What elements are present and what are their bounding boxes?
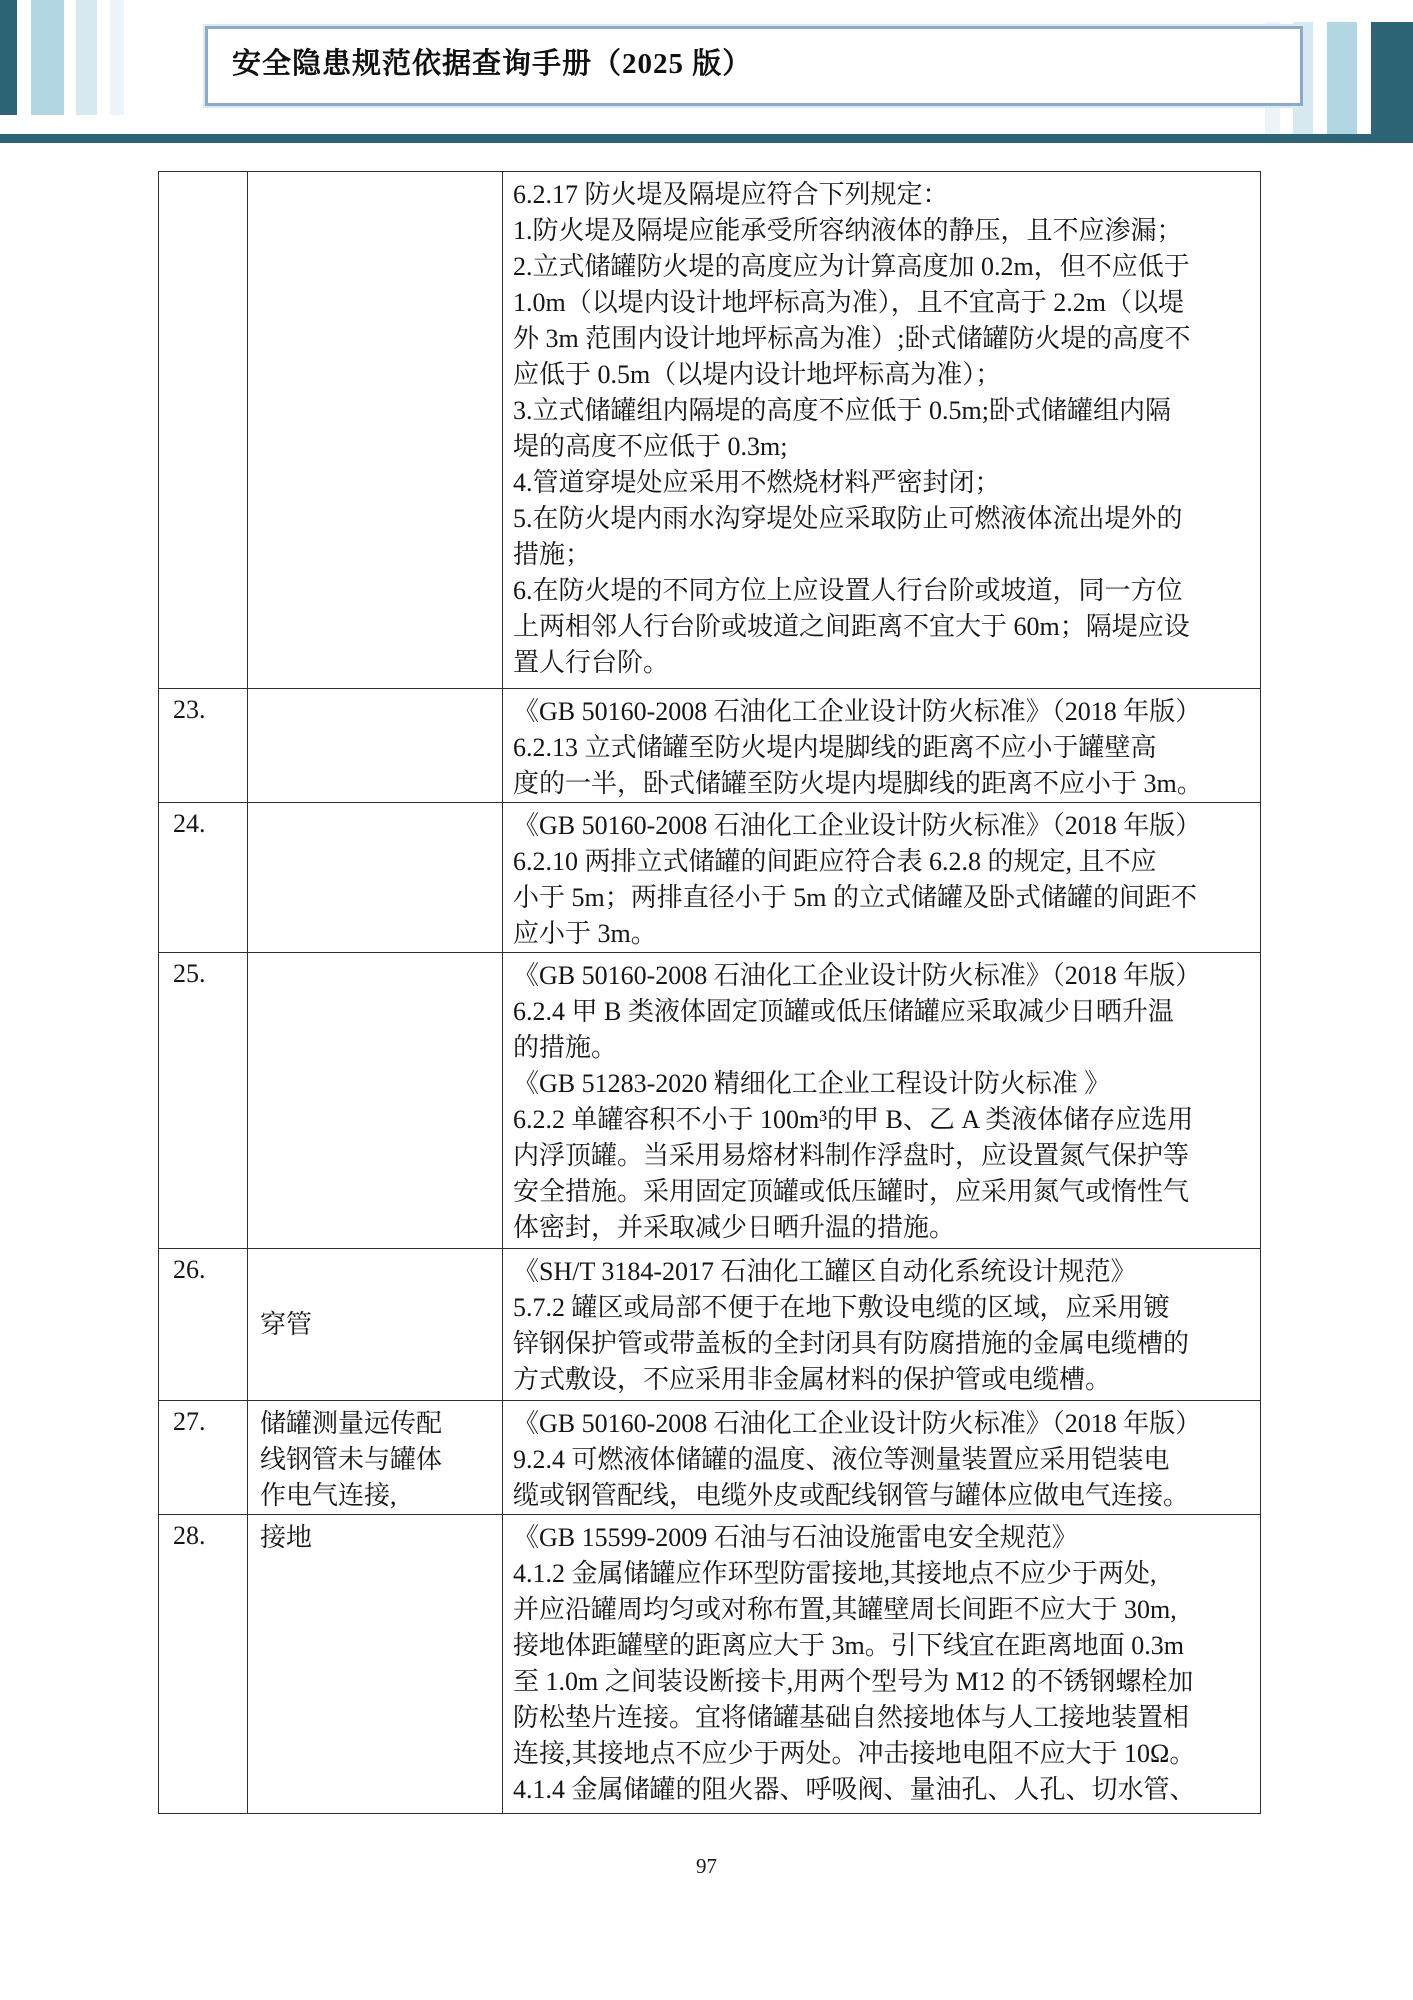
regulation-line: 1.防火堤及隔堤应能承受所容纳液体的静压，且不应渗漏； — [513, 213, 1254, 249]
table-row: 28.接地《GB 15599-2009 石油与石油设施雷电安全规范》4.1.2 … — [159, 1515, 1261, 1814]
regulation-line: 防松垫片连接。宜将储罐基础自然接地体与人工接地装置相 — [513, 1700, 1254, 1736]
row-category — [248, 953, 503, 1249]
decor-stripe-left-dark — [0, 0, 17, 115]
row-regulation-text: 6.2.17 防火堤及隔堤应符合下列规定：1.防火堤及隔堤应能承受所容纳液体的静… — [503, 172, 1261, 689]
regulation-line: 《GB 50160-2008 石油化工企业设计防火标准》（2018 年版） — [513, 958, 1254, 994]
regulation-line: 内浮顶罐。当采用易熔材料制作浮盘时，应设置氮气保护等 — [513, 1138, 1254, 1174]
regulation-line: 外 3m 范围内设计地坪标高为准）;卧式储罐防火堤的高度不 — [513, 321, 1254, 357]
row-number — [159, 172, 248, 689]
regulation-line: 小于 5m；两排直径小于 5m 的立式储罐及卧式储罐的间距不 — [513, 880, 1254, 916]
category-line: 线钢管未与罐体 — [260, 1442, 496, 1478]
decor-stripe-right-light — [1327, 22, 1357, 134]
regulation-line: 6.2.13 立式储罐至防火堤内堤脚线的距离不应小于罐壁高 — [513, 730, 1254, 766]
category-line: 接地 — [260, 1520, 496, 1556]
regulation-line: 应低于 0.5m（以堤内设计地坪标高为准）； — [513, 357, 1254, 393]
regulation-line: 接地体距罐壁的距离应大于 3m。引下线宜在距离地面 0.3m — [513, 1628, 1254, 1664]
regulation-line: 至 1.0m 之间装设断接卡,用两个型号为 M12 的不锈钢螺栓加 — [513, 1664, 1254, 1700]
row-number: 23. — [159, 689, 248, 803]
decor-stripe-left-light — [31, 0, 64, 115]
regulation-line: 4.1.4 金属储罐的阻火器、呼吸阀、量油孔、人孔、切水管、 — [513, 1772, 1254, 1808]
regulation-line: 1.0m（以堤内设计地坪标高为准），且不宜高于 2.2m（以堤 — [513, 285, 1254, 321]
row-regulation-text: 《GB 15599-2009 石油与石油设施雷电安全规范》4.1.2 金属储罐应… — [503, 1515, 1261, 1814]
title-box: 安全隐患规范依据查询手册（2025 版） — [205, 26, 1303, 106]
row-number: 26. — [159, 1249, 248, 1401]
row-number: 24. — [159, 803, 248, 953]
regulation-line: 5.7.2 罐区或局部不便于在地下敷设电缆的区域，应采用镀 — [513, 1290, 1254, 1326]
regulation-line: 《SH/T 3184-2017 石油化工罐区自动化系统设计规范》 — [513, 1254, 1254, 1290]
regulation-table: 6.2.17 防火堤及隔堤应符合下列规定：1.防火堤及隔堤应能承受所容纳液体的静… — [158, 171, 1261, 1814]
regulation-line: 4.管道穿堤处应采用不燃烧材料严密封闭； — [513, 465, 1254, 501]
regulation-line: 《GB 50160-2008 石油化工企业设计防火标准》（2018 年版） — [513, 808, 1254, 844]
row-regulation-text: 《GB 50160-2008 石油化工企业设计防火标准》（2018 年版）6.2… — [503, 803, 1261, 953]
regulation-line: 9.2.4 可燃液体储罐的温度、液位等测量装置应采用铠装电 — [513, 1442, 1254, 1478]
regulation-line: 6.在防火堤的不同方位上应设置人行台阶或坡道，同一方位 — [513, 573, 1254, 609]
page-title: 安全隐患规范依据查询手册（2025 版） — [208, 29, 1300, 82]
category-line: 作电气连接, — [260, 1478, 496, 1514]
regulation-line: 锌钢保护管或带盖板的全封闭具有防腐措施的金属电缆槽的 — [513, 1326, 1254, 1362]
regulation-line: 《GB 51283-2020 精细化工企业工程设计防火标准 》 — [513, 1066, 1254, 1102]
regulation-line: 并应沿罐周均匀或对称布置,其罐壁周长间距不应大于 30m, — [513, 1592, 1254, 1628]
row-regulation-text: 《GB 50160-2008 石油化工企业设计防火标准》（2018 年版）6.2… — [503, 689, 1261, 803]
regulation-line: 6.2.10 两排立式储罐的间距应符合表 6.2.8 的规定, 且不应 — [513, 844, 1254, 880]
regulation-line: 4.1.2 金属储罐应作环型防雷接地,其接地点不应少于两处, — [513, 1556, 1254, 1592]
row-regulation-text: 《GB 50160-2008 石油化工企业设计防火标准》（2018 年版）6.2… — [503, 953, 1261, 1249]
row-category: 储罐测量远传配线钢管未与罐体作电气连接, — [248, 1401, 503, 1515]
table-row: 25.《GB 50160-2008 石油化工企业设计防火标准》（2018 年版）… — [159, 953, 1261, 1249]
row-number: 25. — [159, 953, 248, 1249]
regulation-line: 2.立式储罐防火堤的高度应为计算高度加 0.2m，但不应低于 — [513, 249, 1254, 285]
regulation-line: 6.2.4 甲 B 类液体固定顶罐或低压储罐应采取减少日晒升温 — [513, 994, 1254, 1030]
regulation-line: 《GB 15599-2009 石油与石油设施雷电安全规范》 — [513, 1520, 1254, 1556]
table-row: 23.《GB 50160-2008 石油化工企业设计防火标准》（2018 年版）… — [159, 689, 1261, 803]
decor-stripe-left-lighter — [76, 0, 97, 115]
regulation-line: 3.立式储罐组内隔堤的高度不应低于 0.5m;卧式储罐组内隔 — [513, 393, 1254, 429]
regulation-line: 6.2.2 单罐容积不小于 100m³的甲 B、乙 A 类液体储存应选用 — [513, 1102, 1254, 1138]
decor-stripe-left-faint — [110, 0, 124, 115]
row-number: 27. — [159, 1401, 248, 1515]
regulation-line: 的措施。 — [513, 1030, 1254, 1066]
decor-stripe-right-dark — [1371, 22, 1413, 143]
row-category — [248, 172, 503, 689]
regulation-line: 应小于 3m。 — [513, 916, 1254, 952]
document-page: { "header": { "title": "安全隐患规范依据查询手册（202… — [0, 0, 1413, 2000]
row-category: 穿管 — [248, 1249, 503, 1401]
regulation-line: 置人行台阶。 — [513, 645, 1254, 681]
header-divider-bar — [0, 134, 1413, 143]
page-number: 97 — [0, 1854, 1413, 1879]
category-line: 储罐测量远传配 — [260, 1406, 496, 1442]
regulation-line: 5.在防火堤内雨水沟穿堤处应采取防止可燃液体流出堤外的 — [513, 501, 1254, 537]
table-row: 6.2.17 防火堤及隔堤应符合下列规定：1.防火堤及隔堤应能承受所容纳液体的静… — [159, 172, 1261, 689]
row-regulation-text: 《GB 50160-2008 石油化工企业设计防火标准》（2018 年版）9.2… — [503, 1401, 1261, 1515]
row-category — [248, 689, 503, 803]
regulation-line: 措施； — [513, 537, 1254, 573]
row-number: 28. — [159, 1515, 248, 1814]
row-category — [248, 803, 503, 953]
regulation-line: 上两相邻人行台阶或坡道之间距离不宜大于 60m；隔堤应设 — [513, 609, 1254, 645]
table-row: 26.穿管《SH/T 3184-2017 石油化工罐区自动化系统设计规范》5.7… — [159, 1249, 1261, 1401]
regulation-line: 度的一半，卧式储罐至防火堤内堤脚线的距离不应小于 3m。 — [513, 766, 1254, 802]
regulation-line: 《GB 50160-2008 石油化工企业设计防火标准》（2018 年版） — [513, 1406, 1254, 1442]
regulation-line: 方式敷设，不应采用非金属材料的保护管或电缆槽。 — [513, 1362, 1254, 1398]
regulation-line: 安全措施。采用固定顶罐或低压罐时，应采用氮气或惰性气 — [513, 1174, 1254, 1210]
regulation-line: 体密封，并采取减少日晒升温的措施。 — [513, 1210, 1254, 1246]
table-row: 27.储罐测量远传配线钢管未与罐体作电气连接,《GB 50160-2008 石油… — [159, 1401, 1261, 1515]
row-regulation-text: 《SH/T 3184-2017 石油化工罐区自动化系统设计规范》5.7.2 罐区… — [503, 1249, 1261, 1401]
regulation-line: 《GB 50160-2008 石油化工企业设计防火标准》（2018 年版） — [513, 694, 1254, 730]
regulation-line: 连接,其接地点不应少于两处。冲击接地电阻不应大于 10Ω。 — [513, 1736, 1254, 1772]
category-line: 穿管 — [260, 1307, 496, 1343]
regulation-line: 堤的高度不应低于 0.3m; — [513, 429, 1254, 465]
regulation-line: 缆或钢管配线，电缆外皮或配线钢管与罐体应做电气连接。 — [513, 1478, 1254, 1514]
regulation-table-body: 6.2.17 防火堤及隔堤应符合下列规定：1.防火堤及隔堤应能承受所容纳液体的静… — [159, 172, 1261, 1814]
row-category: 接地 — [248, 1515, 503, 1814]
table-row: 24.《GB 50160-2008 石油化工企业设计防火标准》（2018 年版）… — [159, 803, 1261, 953]
regulation-line: 6.2.17 防火堤及隔堤应符合下列规定： — [513, 177, 1254, 213]
